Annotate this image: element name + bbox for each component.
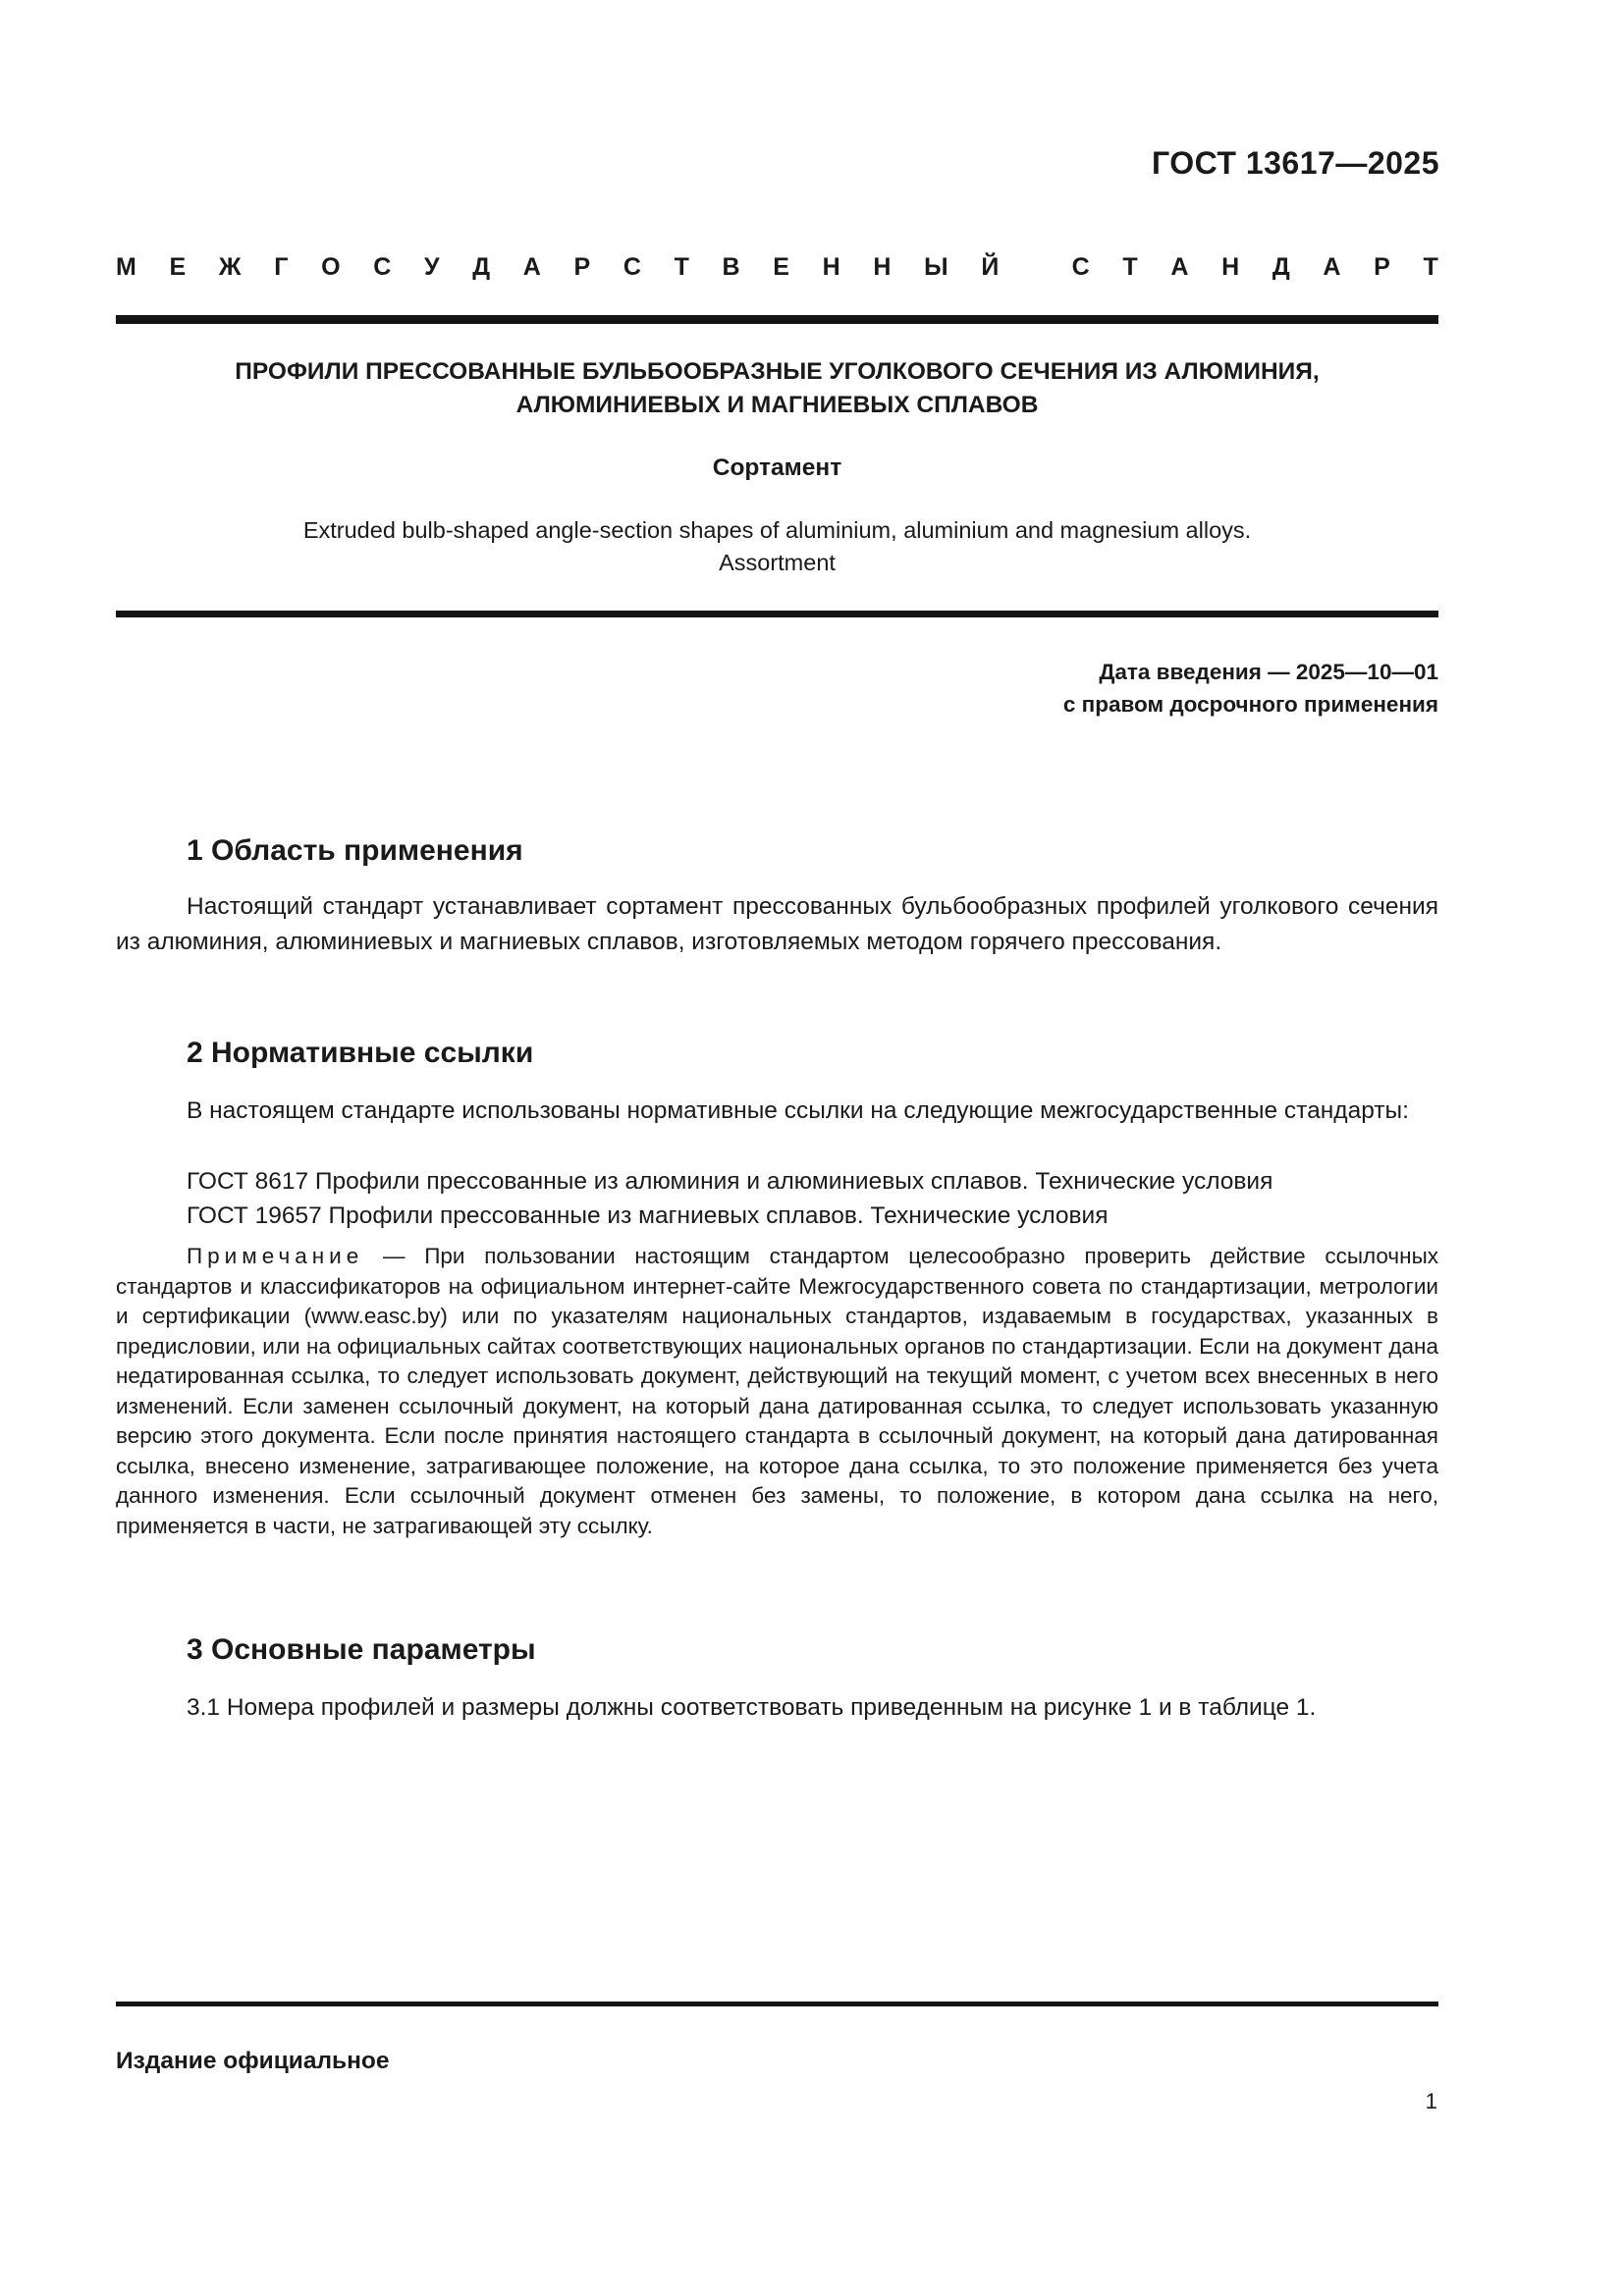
section-1-paragraph: Настоящий стандарт устанавливает сортаме… (116, 889, 1438, 960)
document-subtitle: Сортамент (116, 454, 1438, 482)
standard-type-letter: В (723, 253, 740, 282)
section-2-heading: 2 Нормативные ссылки (187, 1037, 533, 1070)
standard-type-letter: С (373, 253, 391, 282)
title-line-1: ПРОФИЛИ ПРЕССОВАННЫЕ БУЛЬБООБРАЗНЫЕ УГОЛ… (116, 355, 1438, 389)
standard-type-letter: С (1072, 253, 1090, 282)
standard-type-letter: С (623, 253, 641, 282)
top-divider (116, 315, 1438, 324)
introduction-date-line: Дата введения — 2025—10—01 (1063, 656, 1438, 688)
standard-type-letter: Н (1221, 253, 1239, 282)
standard-type-letter: Й (981, 253, 999, 282)
standard-type-letter: Д (472, 253, 490, 282)
standard-type-letter: У (424, 253, 440, 282)
reference-gost-8617: ГОСТ 8617 Профили прессованные из алюмин… (187, 1164, 1272, 1200)
page-number: 1 (1425, 2089, 1437, 2114)
standard-type-letter: Н (873, 253, 891, 282)
reference-gost-19657: ГОСТ 19657 Профили прессованные из магни… (187, 1199, 1109, 1234)
standard-type-letter: Н (823, 253, 840, 282)
standard-type-letter: Ы (924, 253, 947, 282)
standard-type-letter (1032, 253, 1039, 282)
standard-type-letter: А (523, 253, 541, 282)
section-1-heading: 1 Область применения (187, 834, 523, 868)
english-title-text: Extruded bulb-shaped angle-section shape… (297, 514, 1259, 579)
introduction-date: Дата введения — 2025—10—01 с правом доср… (1063, 656, 1438, 721)
document-code: ГОСТ 13617—2025 (1152, 145, 1439, 182)
english-title: Extruded bulb-shaped angle-section shape… (116, 514, 1438, 579)
title-divider (116, 611, 1438, 617)
standard-type-letter: Е (773, 253, 789, 282)
standard-type-letter: О (321, 253, 340, 282)
standard-type-letter: А (1170, 253, 1188, 282)
footer-divider (116, 2002, 1438, 2006)
standard-type-letter: Ж (219, 253, 242, 282)
note-block: Примечание — При пользовании настоящим с… (116, 1242, 1438, 1541)
section-3-heading: 3 Основные параметры (187, 1633, 536, 1667)
document-title: ПРОФИЛИ ПРЕССОВАННЫЕ БУЛЬБООБРАЗНЫЕ УГОЛ… (116, 355, 1438, 422)
note-label: Примечание (187, 1244, 363, 1268)
section-3-paragraph: 3.1 Номера профилей и размеры должны соо… (116, 1690, 1438, 1726)
standard-type-letter: Р (573, 253, 590, 282)
early-application-line: с правом досрочного применения (1063, 688, 1438, 721)
standard-type-letter: Д (1272, 253, 1290, 282)
standard-type-letter: Е (170, 253, 187, 282)
title-line-2: АЛЮМИНИЕВЫХ И МАГНИЕВЫХ СПЛАВОВ (116, 389, 1438, 422)
standard-type-letter: Т (1423, 253, 1437, 282)
note-text: — При пользовании настоящим стандартом ц… (116, 1244, 1438, 1538)
standard-type-letter: Р (1374, 253, 1390, 282)
standard-type-letter: Г (274, 253, 288, 282)
standard-type-heading: МЕЖГОСУДАРСТВЕННЫЙ СТАНДАРТ (116, 253, 1438, 282)
official-edition-label: Издание официальное (116, 2048, 389, 2075)
section-2-paragraph: В настоящем стандарте использованы норма… (116, 1094, 1438, 1129)
standard-type-letter: М (116, 253, 136, 282)
standard-type-letter: Т (1122, 253, 1137, 282)
standard-type-letter: А (1323, 253, 1340, 282)
standard-type-letter: Т (675, 253, 689, 282)
